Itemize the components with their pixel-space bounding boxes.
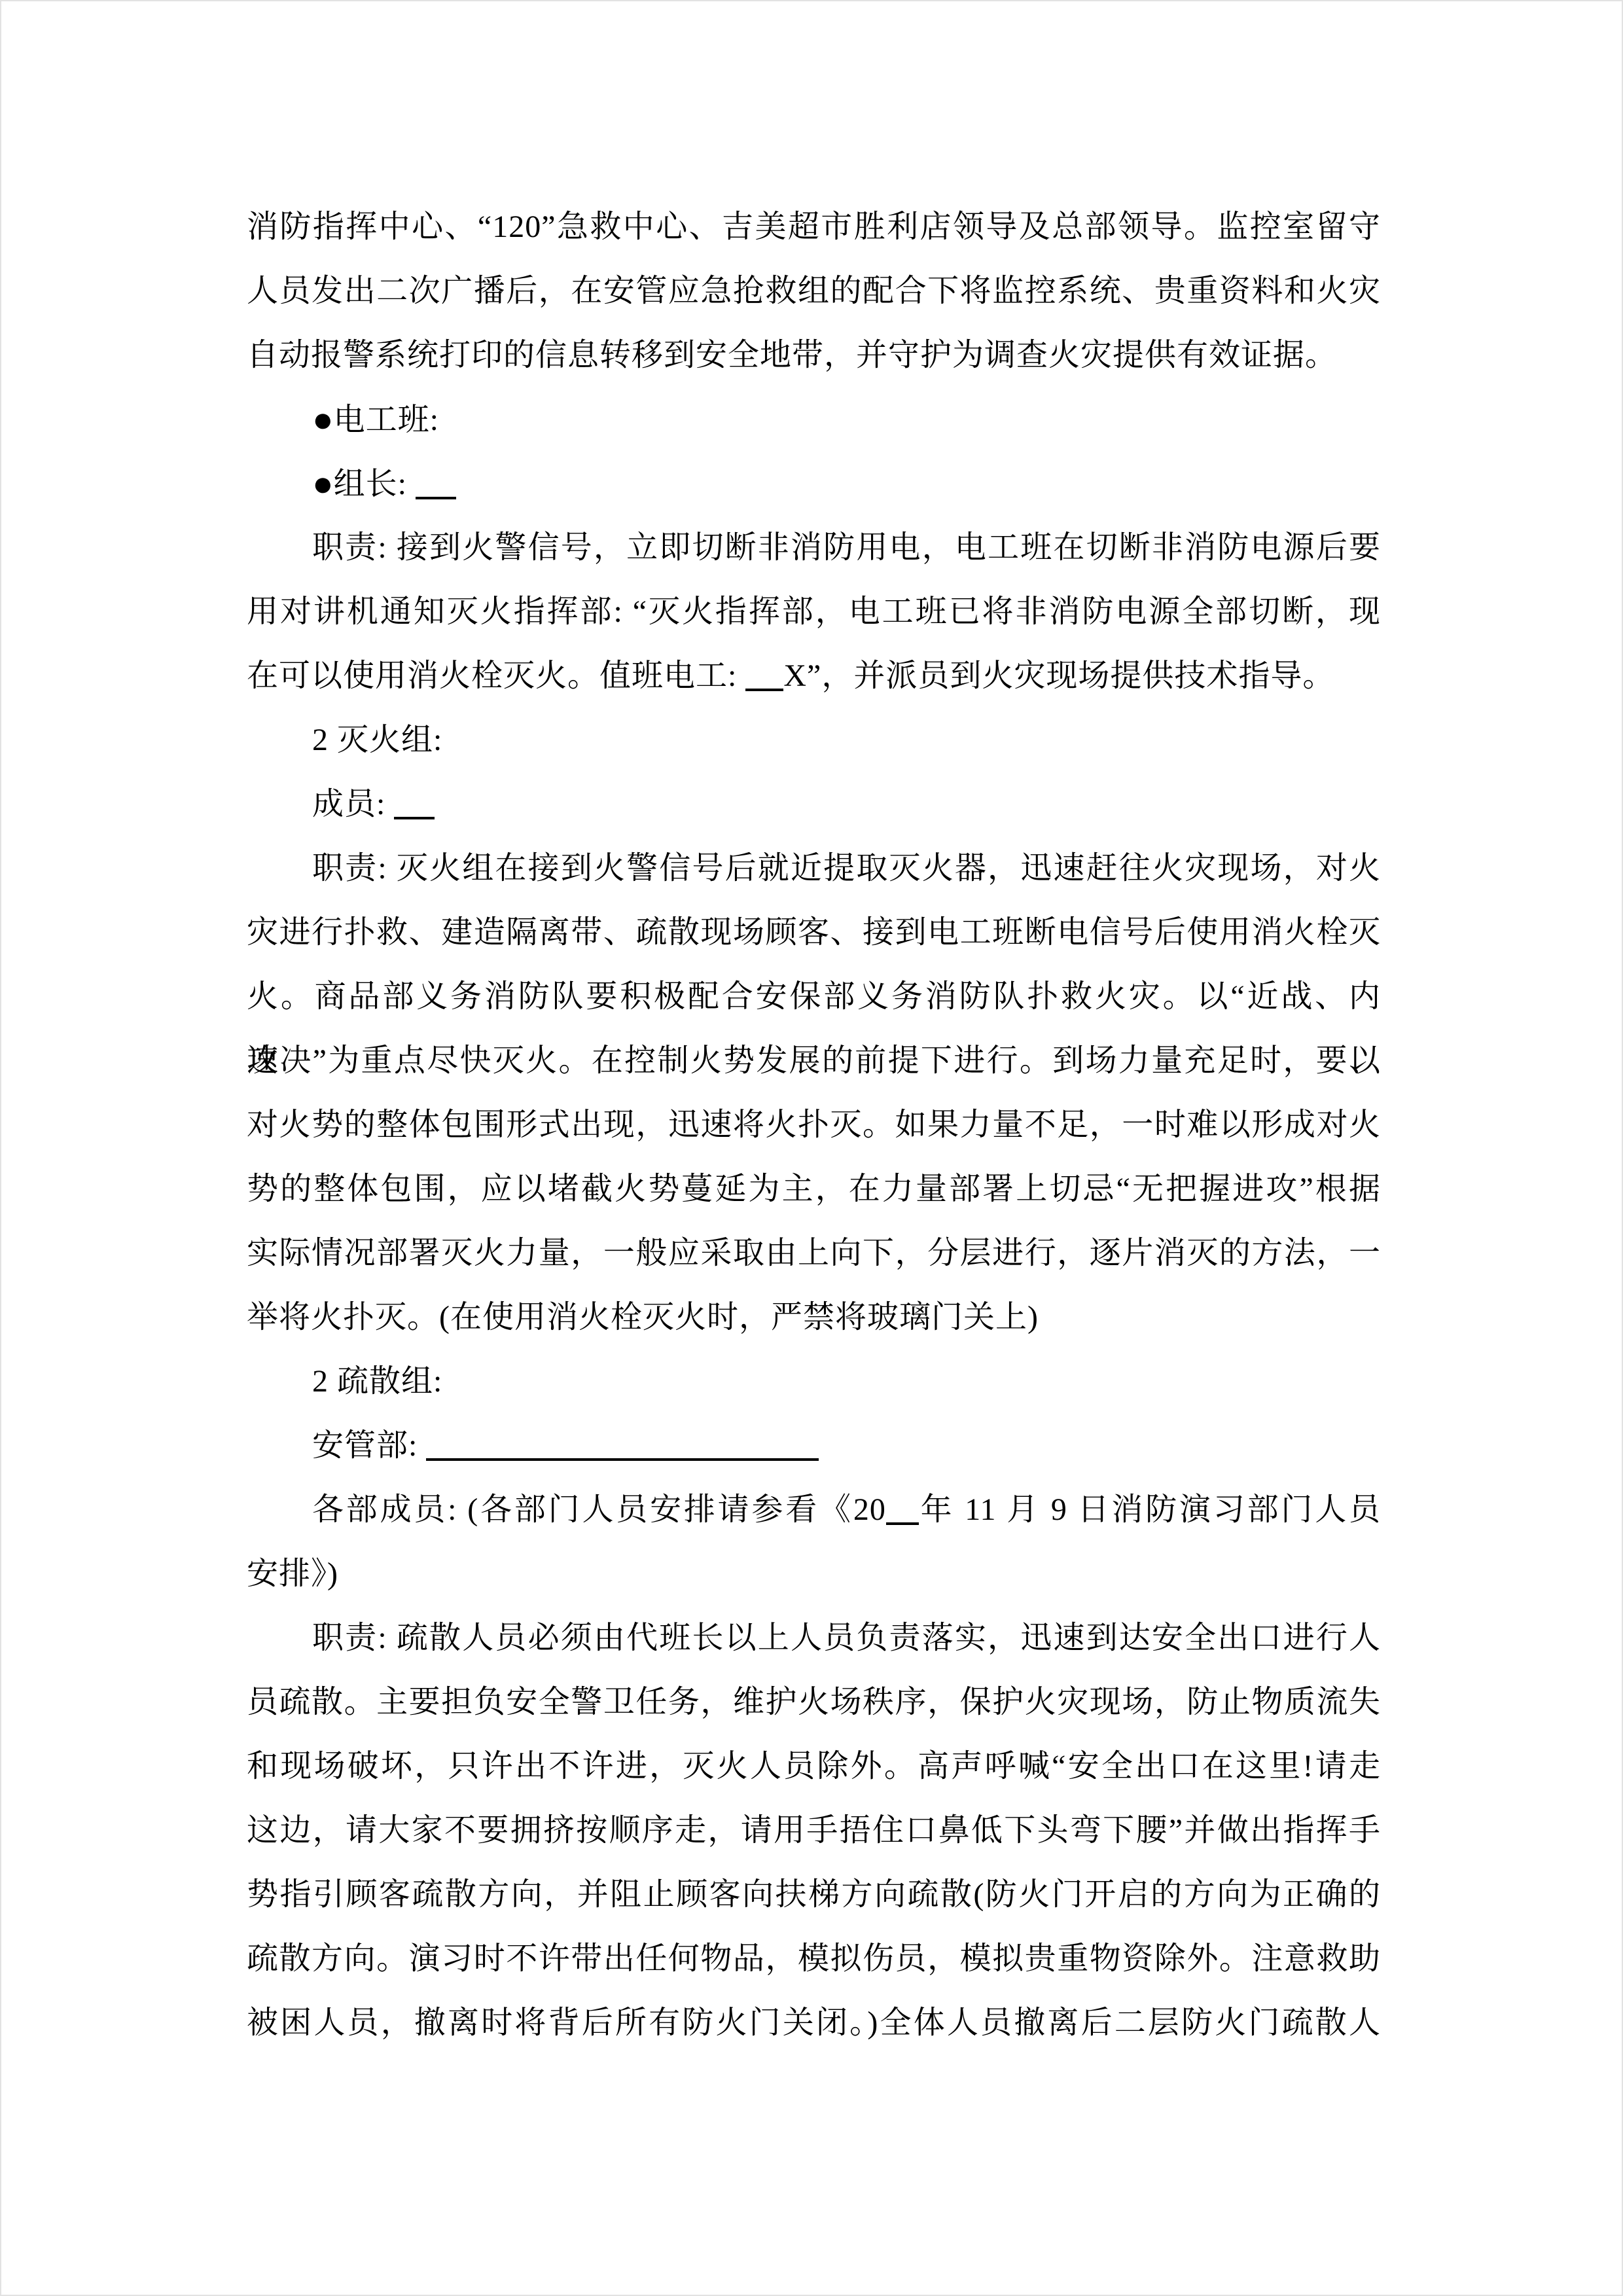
doc-line-6: 职责: 接到火警信号，立即切断非消防用电，电工班在切断非消防电源后要 (247, 516, 1381, 580)
doc-line-3: 自动报警系统打印的信息转移到安全地带，并守护为调查火灾提供有效证据。 (247, 323, 1381, 387)
doc-line-13: 火。商品部义务消防队要积极配合安保部义务消防队扑救火灾。以“近战、内攻、 (247, 965, 1381, 1029)
text-run: 举将火扑灭。(在使用消火栓灭火时，严禁将玻璃门关上) (247, 1300, 1039, 1335)
doc-line-18: 举将火扑灭。(在使用消火栓灭火时，严禁将玻璃门关上) (247, 1285, 1381, 1350)
text-run: 组长: (334, 467, 416, 501)
text-run: 疏散方向。演习时不许带出任何物品，模拟伤员，模拟贵重物资除外。注意救助 (247, 1941, 1381, 1976)
blank-underline: __ (745, 672, 783, 691)
text-run: 成员: (312, 787, 394, 821)
text-run: 被困人员，撤离时将背后所有防火门关闭。)全体人员撤离后二层防火门疏散人 (247, 2005, 1381, 2040)
text-run: 职责: 灭火组在接到火警信号后就近提取灭火器，迅速赶往火灾现场，对火 (312, 851, 1381, 886)
text-run: 职责: 疏散人员必须由代班长以上人员负责落实，迅速到达安全出口进行人 (312, 1621, 1381, 1655)
bullet-icon: ● (312, 464, 334, 503)
doc-line-24: 员疏散。主要担负安全警卫任务，维护火场秩序，保护火灾现场，防止物质流失 (247, 1670, 1381, 1734)
text-run: 2 灭火组: (312, 723, 442, 757)
text-run: 各部成员: (各部门人员安排请参看《20 (312, 1492, 886, 1527)
doc-line-23: 职责: 疏散人员必须由代班长以上人员负责落实，迅速到达安全出口进行人 (247, 1606, 1381, 1670)
text-run: 对火势的整体包围形式出现，迅速将火扑灭。如果力量不足，一时难以形成对火 (247, 1107, 1381, 1142)
doc-line-5: ●组长: __ (247, 452, 1381, 516)
bullet-icon: ● (312, 400, 334, 439)
text-run: 在可以使用消火栓灭火。值班电工: (247, 658, 745, 693)
doc-line-27: 势指引顾客疏散方向，并阻止顾客向扶梯方向疏散(防火门开启的方向为正确的 (247, 1863, 1381, 1927)
doc-line-29: 被困人员，撤离时将背后所有防火门关闭。)全体人员撤离后二层防火门疏散人 (247, 1991, 1381, 2055)
doc-line-17: 实际情况部署灭火力量，一般应采取由上向下，分层进行，逐片消灭的方法，一 (247, 1221, 1381, 1285)
document-text: 消防指挥中心、“120”急救中心、吉美超市胜利店领导及总部领导。监控室留守人员发… (247, 195, 1381, 2055)
doc-line-1: 消防指挥中心、“120”急救中心、吉美超市胜利店领导及总部领导。监控室留守 (247, 195, 1381, 259)
doc-line-22: 安排》) (247, 1542, 1381, 1606)
doc-line-20: 安管部: ________________ (247, 1414, 1381, 1478)
doc-line-14: 速决”为重点尽快灭火。在控制火势发展的前提下进行。到场力量充足时，要以 (247, 1029, 1381, 1093)
text-run: 安管部: (312, 1428, 426, 1463)
doc-line-12: 灾进行扑救、建造隔离带、疏散现场顾客、接到电工班断电信号后使用消火栓灭 (247, 901, 1381, 965)
doc-line-9: 2 灭火组: (247, 708, 1381, 772)
doc-line-8: 在可以使用消火栓灭火。值班电工: __X”，并派员到火灾现场提供技术指导。 (247, 644, 1381, 708)
text-run: 用对讲机通知灭火指挥部: “灭火指挥部，电工班已将非消防电源全部切断，现 (247, 594, 1381, 629)
text-run: 实际情况部署灭火力量，一般应采取由上向下，分层进行，逐片消灭的方法，一 (247, 1236, 1381, 1270)
text-run: 人员发出二次广播后，在安管应急抢救组的配合下将监控系统、贵重资料和火灾 (247, 274, 1381, 308)
doc-line-26: 这边，请大家不要拥挤按顺序走，请用手捂住口鼻低下头弯下腰”并做出指挥手 (247, 1799, 1381, 1863)
text-run: 消防指挥中心、“120”急救中心、吉美超市胜利店领导及总部领导。监控室留守 (247, 209, 1381, 244)
text-run: 势指引顾客疏散方向，并阻止顾客向扶梯方向疏散(防火门开启的方向为正确的 (247, 1877, 1381, 1912)
doc-line-21: 各部成员: (各部门人员安排请参看《20__年 11 月 9 日消防演习部门人员 (247, 1478, 1381, 1542)
text-run: 员疏散。主要担负安全警卫任务，维护火场秩序，保护火灾现场，防止物质流失 (247, 1685, 1381, 1719)
doc-line-10: 成员: __ (247, 772, 1381, 836)
doc-line-15: 对火势的整体包围形式出现，迅速将火扑灭。如果力量不足，一时难以形成对火 (247, 1093, 1381, 1157)
text-run: 职责: 接到火警信号，立即切断非消防用电，电工班在切断非消防电源后要 (312, 530, 1381, 565)
text-run: 电工班: (334, 403, 439, 437)
blank-underline: __ (886, 1505, 919, 1525)
text-run: 势的整体包围，应以堵截火势蔓延为主，在力量部署上切忌“无把握进攻”根据 (247, 1172, 1381, 1206)
text-run: 速决”为重点尽快灭火。在控制火势发展的前提下进行。到场力量充足时，要以 (247, 1043, 1381, 1078)
text-run: 2 疏散组: (312, 1364, 442, 1399)
doc-line-7: 用对讲机通知灭火指挥部: “灭火指挥部，电工班已将非消防电源全部切断，现 (247, 580, 1381, 644)
text-run: 灾进行扑救、建造隔离带、疏散现场顾客、接到电工班断电信号后使用消火栓灭 (247, 915, 1381, 950)
doc-line-4: ●电工班: (247, 387, 1381, 452)
blank-underline: __ (394, 800, 435, 819)
doc-line-25: 和现场破坏，只许出不许进，灭火人员除外。高声呼喊“安全出口在这里!请走 (247, 1734, 1381, 1799)
text-run: 安排》) (247, 1556, 338, 1591)
text-run: 年 11 月 9 日消防演习部门人员 (919, 1492, 1381, 1527)
text-run: 和现场破坏，只许出不许进，灭火人员除外。高声呼喊“安全出口在这里!请走 (247, 1749, 1381, 1784)
doc-line-16: 势的整体包围，应以堵截火势蔓延为主，在力量部署上切忌“无把握进攻”根据 (247, 1157, 1381, 1221)
doc-line-19: 2 疏散组: (247, 1350, 1381, 1414)
doc-line-11: 职责: 灭火组在接到火警信号后就近提取灭火器，迅速赶往火灾现场，对火 (247, 836, 1381, 901)
blank-underline: __ (416, 480, 456, 499)
doc-line-28: 疏散方向。演习时不许带出任何物品，模拟伤员，模拟贵重物资除外。注意救助 (247, 1927, 1381, 1991)
text-run: 自动报警系统打印的信息转移到安全地带，并守护为调查火灾提供有效证据。 (247, 338, 1337, 372)
doc-line-2: 人员发出二次广播后，在安管应急抢救组的配合下将监控系统、贵重资料和火灾 (247, 259, 1381, 323)
text-run: 这边，请大家不要拥挤按顺序走，请用手捂住口鼻低下头弯下腰”并做出指挥手 (247, 1813, 1381, 1848)
text-run: X”，并派员到火灾现场提供技术指导。 (783, 658, 1334, 693)
document-page: 消防指挥中心、“120”急救中心、吉美超市胜利店领导及总部领导。监控室留守人员发… (0, 0, 1623, 2296)
blank-underline: ________________ (426, 1441, 819, 1461)
